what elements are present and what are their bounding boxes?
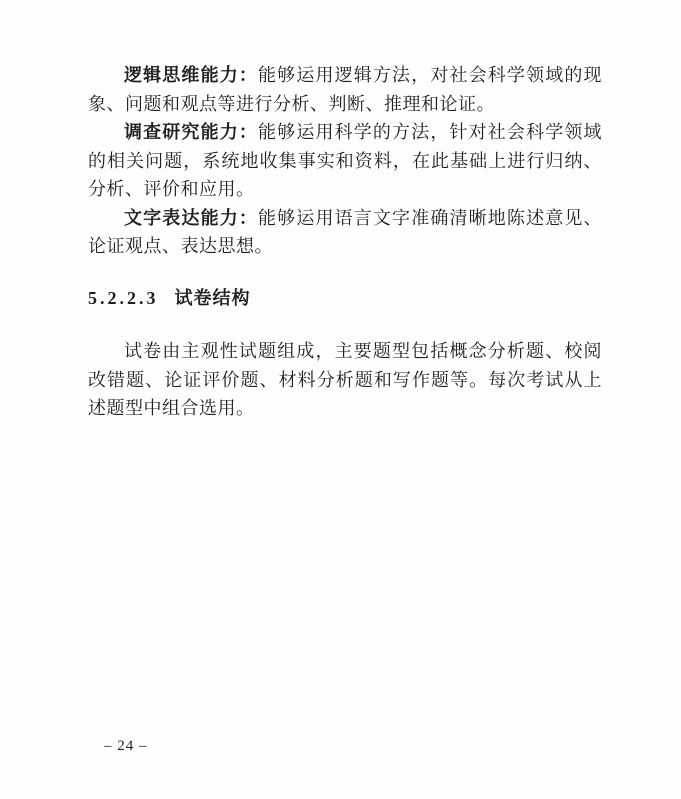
page-footer: – 24 – (104, 738, 148, 755)
paragraph-lead-label: 文字表达能力： (124, 208, 258, 228)
paragraph-research-ability: 调查研究能力：能够运用科学的方法，针对社会科学领域的相关问题，系统地收集事实和资… (88, 118, 602, 204)
page-number: – 24 – (104, 738, 148, 754)
paragraph-lead-label: 调查研究能力： (124, 122, 258, 142)
heading-number: 5.2.2.3 (88, 288, 159, 308)
paragraph-exam-structure-body: 试卷由主观性试题组成，主要题型包括概念分析题、校阅改错题、论证评价题、材料分析题… (88, 337, 602, 423)
section-heading-exam-structure: 5.2.2.3试卷结构 (88, 284, 602, 313)
page-content: 逻辑思维能力：能够运用逻辑方法，对社会科学领域的现象、问题和观点等进行分析、判断… (88, 61, 602, 423)
paragraph-logical-thinking: 逻辑思维能力：能够运用逻辑方法，对社会科学领域的现象、问题和观点等进行分析、判断… (88, 61, 602, 118)
document-page: 逻辑思维能力：能够运用逻辑方法，对社会科学领域的现象、问题和观点等进行分析、判断… (0, 0, 681, 799)
paragraph-writing-ability: 文字表达能力：能够运用语言文字准确清晰地陈述意见、论证观点、表达思想。 (88, 204, 602, 261)
paragraph-body-text: 试卷由主观性试题组成，主要题型包括概念分析题、校阅改错题、论证评价题、材料分析题… (88, 341, 602, 418)
heading-title: 试卷结构 (175, 288, 251, 308)
paragraph-lead-label: 逻辑思维能力： (124, 65, 258, 85)
